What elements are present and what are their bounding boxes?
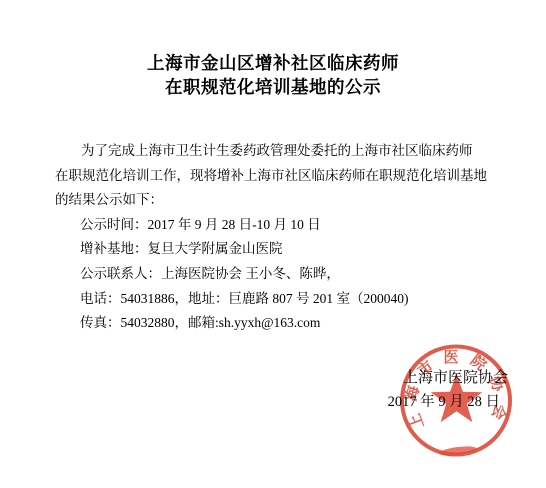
- paragraph-line-1: 为了完成上海市卫生计生委药政管理处委托的上海市社区临床药师: [55, 139, 495, 164]
- detail-publicity-period: 公示时间：2017 年 9 月 28 日-10 月 10 日: [55, 213, 495, 238]
- paragraph-line-2: 在职规范化培训工作，现将增补上海市社区临床药师在职规范化培训基地: [55, 164, 495, 189]
- detail-phone-address: 电话：54031886，地址：巨鹿路 807 号 201 室（200040): [55, 287, 495, 312]
- title-line-2: 在职规范化培训基地的公示: [0, 75, 546, 99]
- detail-added-base: 增补基地：复旦大学附属金山医院: [55, 237, 495, 262]
- title-line-1: 上海市金山区增补社区临床药师: [0, 51, 546, 75]
- signature-organization: 上海市医院协会: [403, 366, 508, 387]
- announcement-document: 上海市金山区增补社区临床药师 在职规范化培训基地的公示 为了完成上海市卫生计生委…: [0, 0, 546, 488]
- document-body: 为了完成上海市卫生计生委药政管理处委托的上海市社区临床药师 在职规范化培训工作，…: [55, 139, 495, 336]
- page-title: 上海市金山区增补社区临床药师 在职规范化培训基地的公示: [0, 51, 546, 99]
- detail-fax-email: 传真：54032880，邮箱:sh.yyxh@163.com: [55, 311, 495, 336]
- detail-contact-person: 公示联系人：上海医院协会 王小冬、陈晔，: [55, 262, 495, 287]
- signature-date: 2017 年 9 月 28 日: [388, 390, 500, 411]
- paragraph-line-3: 的结果公示如下：: [55, 188, 495, 213]
